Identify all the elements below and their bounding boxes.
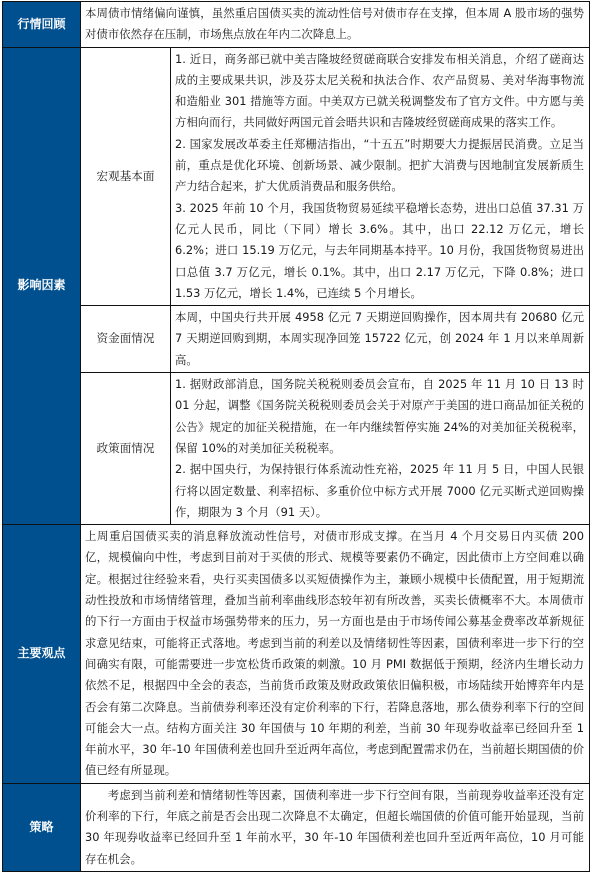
market-review-text: 本周债市情绪偏向谨慎，虽然重启国债买卖的流动性信号对债市存在支撑，但本周 A 股… [81, 2, 590, 48]
macro-item-1: 1. 近日，商务部已就中美吉隆坡经贸磋商联合安排发布相关消息，介绍了磋商达成的主… [175, 49, 584, 134]
macro-content: 1. 近日，商务部已就中美吉隆坡经贸磋商联合安排发布相关消息，介绍了磋商达成的主… [171, 47, 590, 306]
row-macro: 影响因素 宏观基本面 1. 近日，商务部已就中美吉隆坡经贸磋商联合安排发布相关消… [3, 47, 590, 306]
category-market-review: 行情回顾 [3, 2, 81, 48]
category-strategy: 策略 [3, 783, 81, 802]
policy-content: 1. 据财政部消息，国务院关税税则委员会宣布，自 2025 年 11 月 10 … [171, 373, 590, 525]
row-strategy: 策略 考虑到当前利差和情绪韧性等因素，国债利率进一步下行空间有限，当前现券收益率… [3, 783, 590, 802]
main-views-text: 上周重启国债买卖的消息释放流动性信号，对债市形成支撑。在当月 4 个月交易日内买… [81, 525, 590, 784]
sublabel-liquidity: 资金面情况 [81, 306, 171, 373]
row-liquidity: 资金面情况 本周，中国央行共开展 4958 亿元 7 天期逆回购操作，因本周共有… [3, 306, 590, 373]
row-market-review: 行情回顾 本周债市情绪偏向谨慎，虽然重启国债买卖的流动性信号对债市存在支撑，但本… [3, 2, 590, 48]
row-main-views: 主要观点 上周重启国债买卖的消息释放流动性信号，对债市形成支撑。在当月 4 个月… [3, 525, 590, 784]
strategy-text: 考虑到当前利差和情绪韧性等因素，国债利率进一步下行空间有限，当前现券收益率还没有… [81, 783, 590, 802]
bond-market-weekly-table: 行情回顾 本周债市情绪偏向谨慎，虽然重启国债买卖的流动性信号对债市存在支撑，但本… [2, 1, 590, 802]
sublabel-policy: 政策面情况 [81, 373, 171, 525]
category-main-views: 主要观点 [3, 525, 81, 784]
row-policy: 政策面情况 1. 据财政部消息，国务院关税税则委员会宣布，自 2025 年 11… [3, 373, 590, 525]
macro-item-3: 3. 2025 年前 10 个月，我国货物贸易延续平稳增长态势，进出口总值 37… [175, 198, 584, 304]
policy-item-2: 2. 据中国央行，为保持银行体系流动性充裕，2025 年 11 月 5 日，中国… [175, 459, 584, 523]
sublabel-macro: 宏观基本面 [81, 47, 171, 306]
macro-item-2: 2. 国家发展改革委主任郑栅洁指出，“十五五”时期要大力提振居民消费。立足当前，… [175, 134, 584, 198]
liquidity-text: 本周，中国央行共开展 4958 亿元 7 天期逆回购操作，因本周共有 20680… [171, 306, 590, 373]
policy-item-1: 1. 据财政部消息，国务院关税税则委员会宣布，自 2025 年 11 月 10 … [175, 374, 584, 459]
category-impact-factors: 影响因素 [3, 47, 81, 525]
